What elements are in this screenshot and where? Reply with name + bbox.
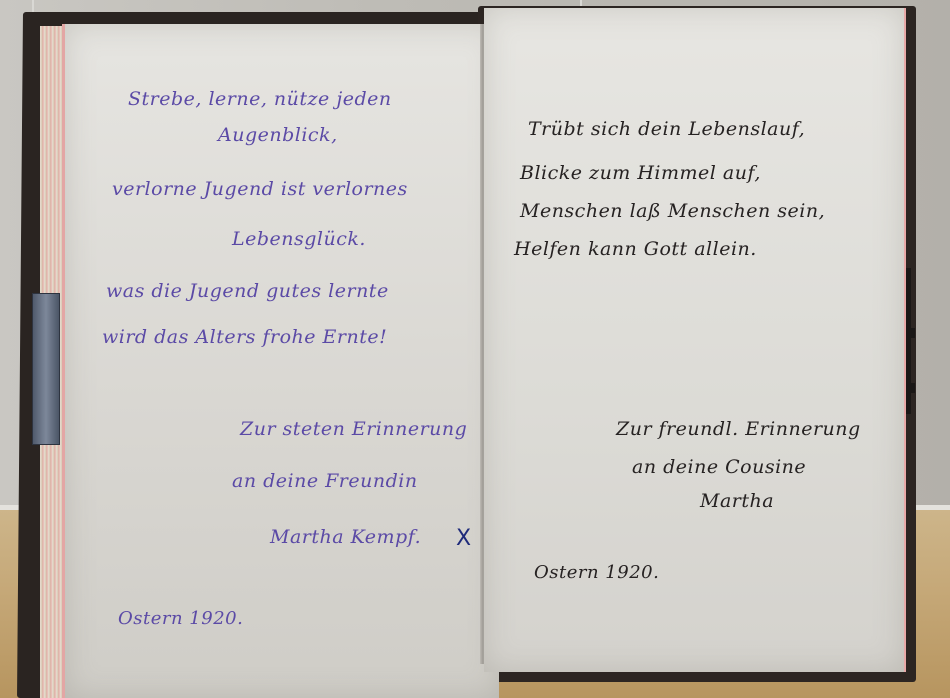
right-verse-line-2: Blicke zum Himmel auf, xyxy=(520,162,761,184)
book-clasp xyxy=(32,293,60,445)
right-verse-line-1: Trübt sich dein Lebenslauf, xyxy=(528,118,805,140)
left-dedication-line-2: an deine Freundin xyxy=(232,470,418,492)
left-date: Ostern 1920. xyxy=(118,608,243,629)
left-verse-line-1: Strebe, lerne, nütze jeden xyxy=(128,88,392,110)
left-verse-line-4: Lebensglück. xyxy=(232,228,366,250)
right-verse-line-4: Helfen kann Gott allein. xyxy=(514,238,757,260)
pencil-x-mark: X xyxy=(456,526,472,551)
left-signature: Martha Kempf. xyxy=(270,526,421,548)
left-verse-line-3: verlorne Jugend ist verlornes xyxy=(112,178,408,200)
left-verse-line-2: Augenblick, xyxy=(218,124,338,146)
left-verse-line-6: wird das Alters frohe Ernte! xyxy=(102,326,387,348)
right-date: Ostern 1920. xyxy=(534,562,659,583)
right-verse-line-3: Menschen laß Menschen sein, xyxy=(520,200,825,222)
right-dedication-line-2: an deine Cousine xyxy=(632,456,806,478)
right-signature: Martha xyxy=(700,490,774,512)
left-dedication-line-1: Zur steten Erinnerung xyxy=(240,418,467,440)
left-verse-line-5: was die Jugend gutes lernte xyxy=(106,280,389,302)
right-dedication-line-1: Zur freundl. Erinnerung xyxy=(616,418,861,440)
